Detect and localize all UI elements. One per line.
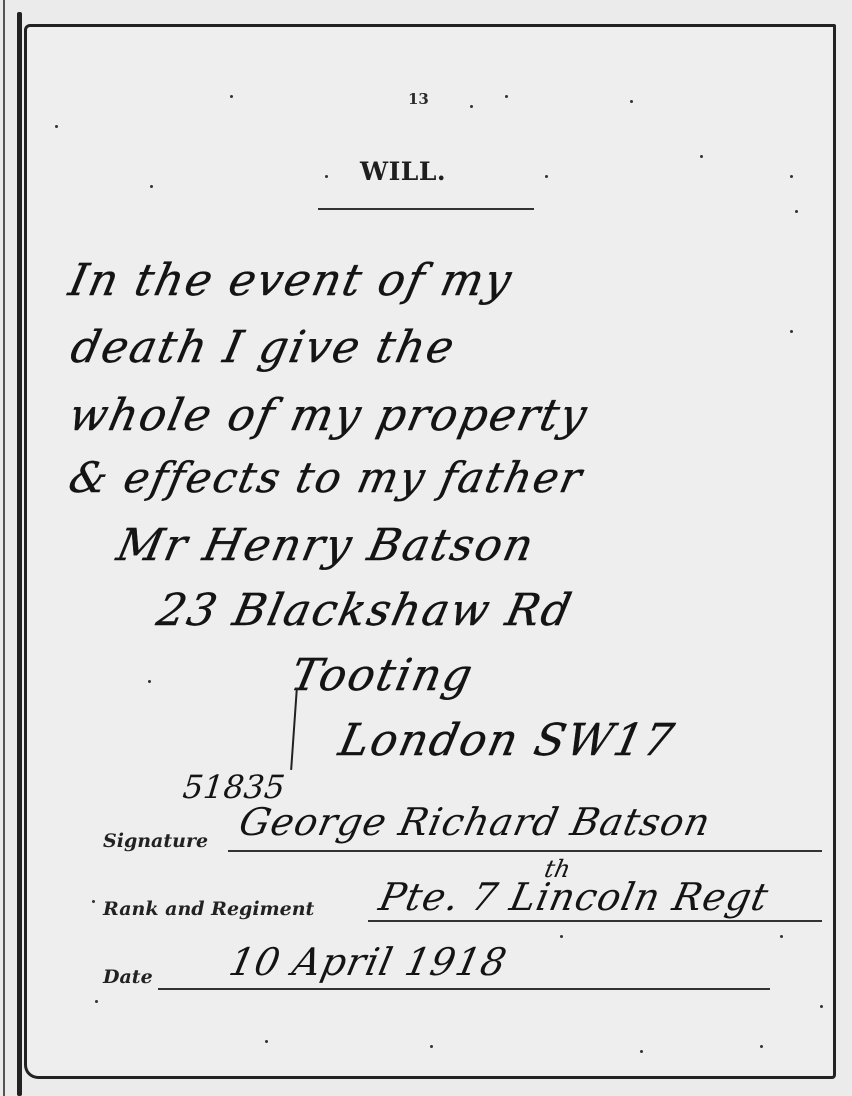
- scan-speck: [630, 100, 633, 103]
- scan-speck: [55, 125, 58, 128]
- document-title: WILL.: [360, 157, 446, 186]
- date-line: [158, 988, 770, 990]
- scan-speck: [700, 155, 703, 158]
- scan-speck: [325, 175, 328, 178]
- scan-speck: [148, 680, 151, 683]
- page-number: 13: [408, 90, 429, 108]
- scan-speck: [430, 1045, 433, 1048]
- address-district: Tooting: [287, 650, 479, 701]
- scan-edge: [3, 0, 5, 1096]
- rank-regiment-value: Pte. 7 Lincoln Regt: [375, 875, 773, 919]
- signature-value: George Richard Batson: [235, 800, 715, 844]
- scan-speck: [560, 935, 563, 938]
- scan-speck: [150, 185, 153, 188]
- binding-edge-rule: [17, 12, 22, 1096]
- will-text-line-2: death I give the: [67, 322, 461, 373]
- scan-speck: [790, 330, 793, 333]
- will-text-line-3: whole of my property: [65, 390, 593, 441]
- will-text-line-4: & effects to my father: [65, 453, 588, 502]
- scan-speck: [230, 95, 233, 98]
- scan-speck: [545, 175, 548, 178]
- rank-regiment-line: [368, 920, 822, 922]
- address-city: London SW17: [335, 715, 680, 766]
- signature-line: [228, 850, 822, 852]
- scan-speck: [505, 95, 508, 98]
- address-street: 23 Blackshaw Rd: [153, 585, 578, 636]
- signature-label: Signature: [103, 830, 208, 852]
- scan-speck: [470, 105, 473, 108]
- rank-regiment-label: Rank and Regiment: [103, 898, 314, 920]
- date-label: Date: [103, 966, 153, 988]
- scan-speck: [92, 900, 95, 903]
- scan-speck: [265, 1040, 268, 1043]
- title-underline: [318, 208, 534, 210]
- will-text-line-1: In the event of my: [65, 255, 518, 306]
- scan-speck: [795, 210, 798, 213]
- date-value: 10 April 1918: [225, 940, 511, 984]
- beneficiary-name: Mr Henry Batson: [113, 520, 540, 571]
- scan-speck: [760, 1045, 763, 1048]
- scan-speck: [95, 1000, 98, 1003]
- scan-speck: [640, 1050, 643, 1053]
- scan-speck: [780, 935, 783, 938]
- scan-speck: [790, 175, 793, 178]
- scan-speck: [820, 1005, 823, 1008]
